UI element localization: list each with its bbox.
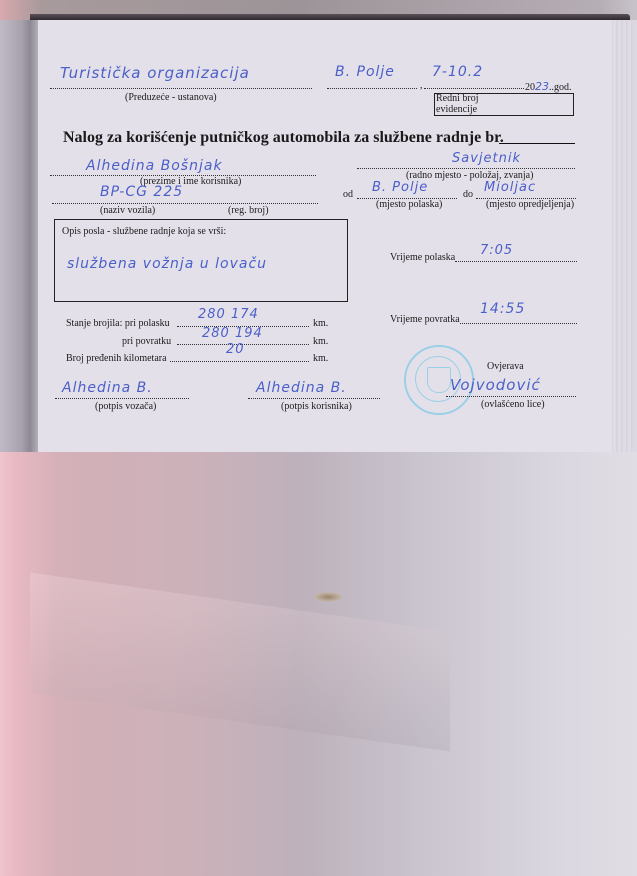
position-line xyxy=(357,168,575,169)
stamp-emblem-icon xyxy=(427,367,451,393)
user-signature-line xyxy=(248,398,380,399)
distance-value: 20 xyxy=(226,342,245,357)
book-spine xyxy=(0,20,42,452)
user-signature-label: (potpis korisnika) xyxy=(281,401,352,412)
evidence-label-2: evidencije xyxy=(436,105,477,115)
job-description-label: Opis posla - službene radnje koja se vrš… xyxy=(62,226,226,237)
place-line xyxy=(327,88,417,89)
job-description-value: službena vožnja u lovaču xyxy=(67,256,267,272)
return-time-label: Vrijeme povratka xyxy=(390,314,460,325)
authorized-signature-line xyxy=(446,396,576,397)
vehicle-reg-label: (reg. broj) xyxy=(228,205,269,216)
date-line xyxy=(424,88,524,89)
odometer-start-label: Stanje brojila: pri polasku xyxy=(66,318,170,329)
certify-label: Ovjerava xyxy=(487,361,524,372)
evidence-label-1: Redni broj xyxy=(436,94,479,104)
organization-line xyxy=(50,88,312,89)
odometer-start-unit: km. xyxy=(313,318,328,329)
form-title: Nalog za korišćenje putničkog automobila… xyxy=(63,129,504,147)
stain xyxy=(313,592,343,602)
distance-line xyxy=(170,361,309,362)
date-value: 7-10.2 xyxy=(432,64,483,80)
driver-signature-label: (potpis vozača) xyxy=(95,401,156,412)
user-name-value: Alhedina Bošnjak xyxy=(86,158,223,174)
shadow xyxy=(30,572,450,751)
form-number-line xyxy=(499,143,575,144)
year-prefix: 20 xyxy=(525,82,535,93)
departure-time-line xyxy=(455,261,577,262)
user-signature: Alhedina B. xyxy=(256,380,347,396)
place-value: B. Polje xyxy=(335,64,395,80)
return-time-line xyxy=(460,323,577,324)
odometer-return-unit: km. xyxy=(313,336,328,347)
back-page xyxy=(0,452,637,876)
departure-time-value: 7:05 xyxy=(480,243,513,258)
from-prefix: od xyxy=(343,189,353,200)
to-prefix: do xyxy=(463,189,473,200)
organization-label: (Preduzeće - ustanova) xyxy=(125,92,217,103)
odometer-start-value: 280 174 xyxy=(198,307,259,322)
distance-unit: km. xyxy=(313,353,328,364)
position-value: Savjetnik xyxy=(452,151,521,166)
authorized-signature-label: (ovlašćeno lice) xyxy=(481,399,545,410)
departure-time-label: Vrijeme polaska xyxy=(390,252,455,263)
driver-signature: Alhedina B. xyxy=(62,380,153,396)
from-value: B. Polje xyxy=(372,180,428,195)
odometer-return-value: 280 194 xyxy=(202,326,263,341)
vehicle-line xyxy=(52,203,318,204)
to-value: Mioljac xyxy=(484,180,536,195)
vehicle-value: BP-CG 225 xyxy=(100,184,183,200)
to-label: (mjesto opredjeljenja) xyxy=(486,199,574,210)
organization-value: Turistička organizacija xyxy=(60,64,250,82)
vehicle-name-label: (naziv vozila) xyxy=(100,205,155,216)
driver-signature-line xyxy=(55,398,189,399)
from-label: (mjesto polaska) xyxy=(376,199,442,210)
return-time-value: 14:55 xyxy=(480,301,525,317)
odometer-return-label: pri povratku xyxy=(122,336,171,347)
god-label: god. xyxy=(554,82,572,93)
comma: , xyxy=(420,80,423,91)
authorized-signature: Vojvodović xyxy=(450,376,541,394)
year: 2023..god. xyxy=(525,80,572,93)
evidence-number-box: Redni broj evidencije xyxy=(434,93,574,116)
distance-label: Broj pređenih kilometara xyxy=(66,353,167,364)
year-suffix: 23 xyxy=(535,80,549,93)
job-description-box: Opis posla - službene radnje koja se vrš… xyxy=(54,219,348,302)
